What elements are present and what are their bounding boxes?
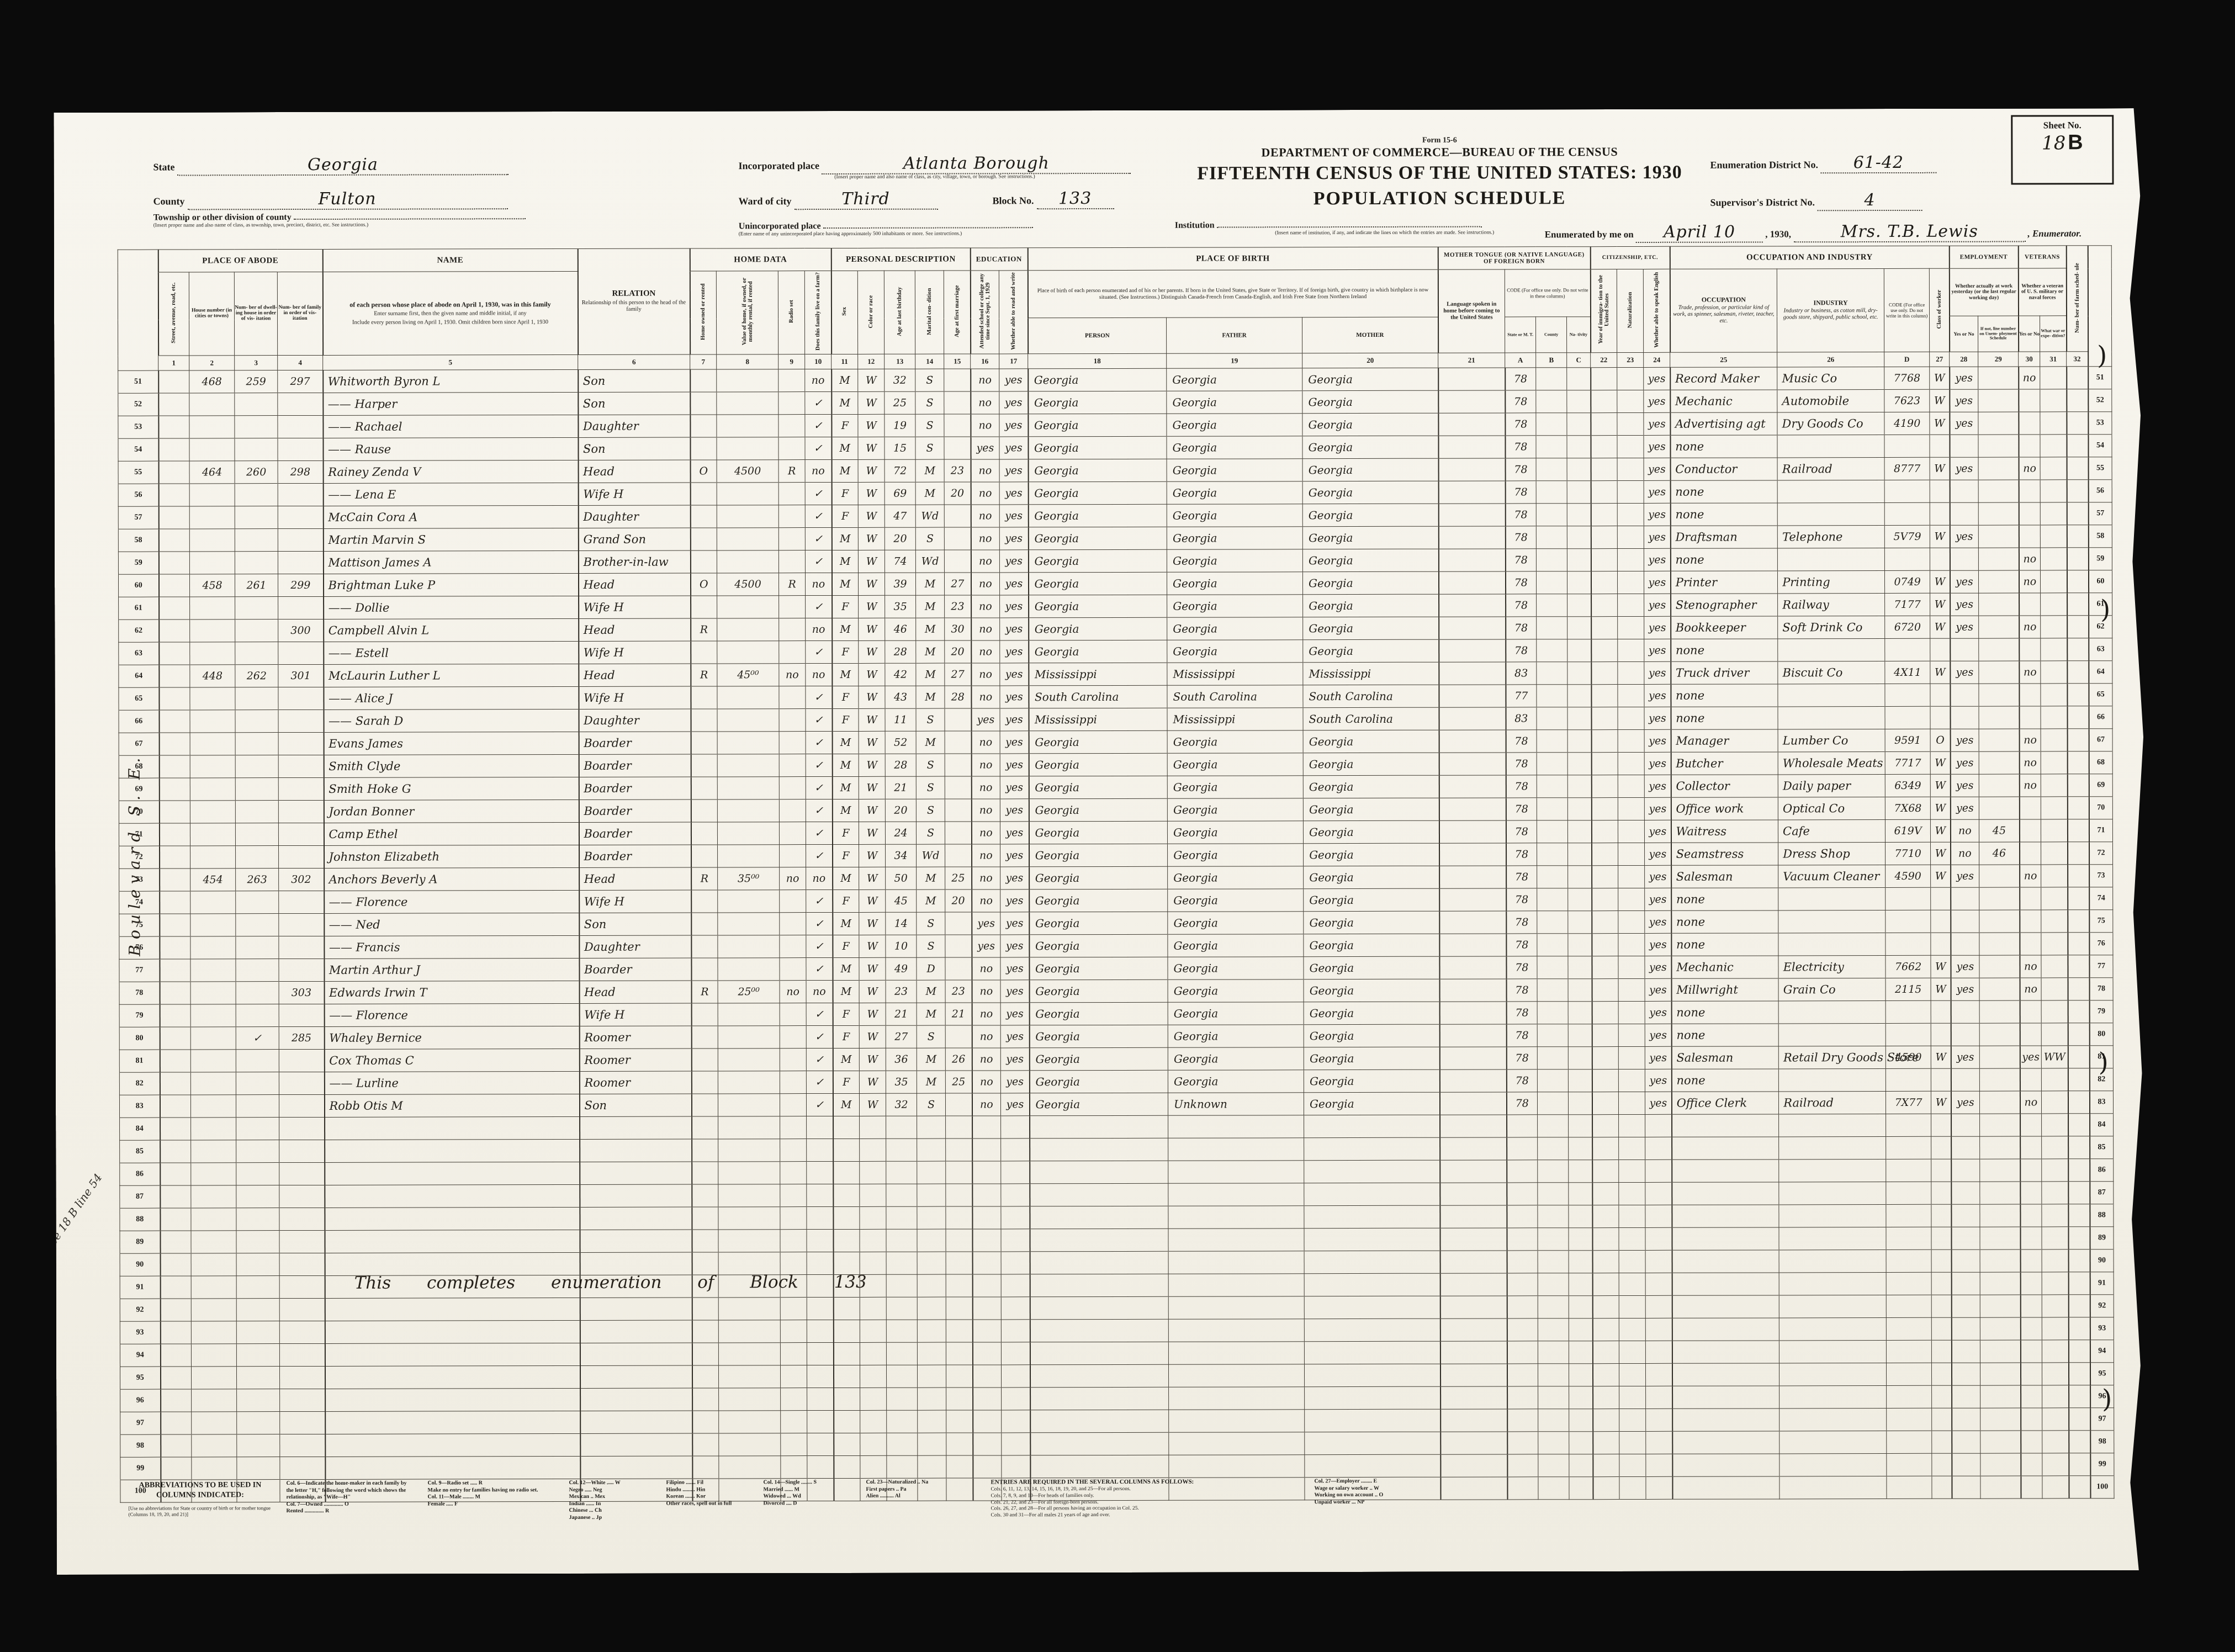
cell-house	[191, 1344, 236, 1367]
cell-name: Evans James	[324, 732, 579, 755]
cell-value	[718, 913, 780, 935]
cell-year_imm	[1592, 1115, 1619, 1137]
col-house-number: House number (in cities or towns)	[189, 272, 234, 356]
cell-family	[278, 438, 323, 460]
column-number-D: D	[1884, 352, 1930, 367]
cell-sex: F	[833, 935, 859, 957]
cell-name: —— Francis	[324, 935, 579, 959]
cell-english	[1646, 1341, 1672, 1363]
cell-birth_mother	[1304, 1341, 1440, 1364]
cell-occupation: Millwright	[1671, 978, 1778, 1001]
cell-war	[2040, 367, 2067, 389]
cell-home: R	[691, 867, 718, 890]
cell-war	[2042, 1385, 2069, 1408]
cell-house	[190, 619, 235, 642]
cell-birth_mother	[1305, 1454, 1440, 1478]
cell-sex: M	[833, 957, 859, 980]
cell-occupation: Mechanic	[1671, 956, 1778, 978]
cell-unemp_line	[1980, 1431, 2021, 1453]
cell-naturalization	[1618, 843, 1645, 865]
cell-family	[279, 1049, 324, 1072]
cell-worked	[1950, 706, 1979, 729]
dwelling-number-label: Num- ber of dwell- ing house in order of…	[235, 305, 277, 322]
cell-english	[1645, 1250, 1672, 1273]
cell-house	[190, 1027, 236, 1050]
cell-birth_mother	[1305, 1386, 1440, 1410]
cell-radio	[780, 1071, 806, 1094]
cell-age_marr	[944, 414, 971, 437]
cell-sex: F	[832, 686, 859, 708]
cell-veteran	[2020, 887, 2041, 910]
cell-language	[1438, 413, 1505, 436]
cell-name: Cox Thomas C	[324, 1049, 579, 1072]
cell-code_b	[1537, 843, 1568, 866]
cell-worker_class: W	[1930, 367, 1950, 389]
cell-birth_person: Georgia	[1028, 436, 1167, 459]
cell-birth_father	[1168, 1319, 1304, 1342]
veterans-desc: Whether a veteran of U. S. military or n…	[2018, 268, 2066, 316]
cell-farm: ✓	[806, 709, 832, 732]
cell-unemp_line	[1980, 1114, 2020, 1136]
column-number-14: 14	[915, 354, 944, 369]
column-number-3: 3	[235, 356, 278, 370]
cell-relation: Daughter	[579, 935, 691, 958]
cell-radio	[780, 1116, 807, 1139]
cell-war	[2041, 661, 2067, 684]
cell-industry	[1779, 1137, 1886, 1159]
cell-farm: ✓	[806, 754, 832, 777]
cell-war	[2040, 502, 2067, 525]
cell-code_c	[1567, 481, 1591, 504]
cell-school	[972, 1252, 1001, 1274]
cell-code_c	[1567, 820, 1591, 843]
cell-language	[1439, 979, 1506, 1002]
cell-english: yes	[1645, 1069, 1671, 1092]
cell-veteran: no	[2019, 751, 2041, 774]
census-table: PLACE OF ABODE NAME RELATION Relationshi…	[118, 245, 2115, 1503]
line-number-right: 75	[2089, 910, 2113, 933]
cell-birth_mother: Georgia	[1304, 979, 1439, 1002]
cell-school	[972, 1161, 1001, 1184]
column-number-16: 16	[971, 354, 999, 369]
cell-war	[2041, 978, 2068, 1000]
cell-worked: yes	[1951, 1091, 1980, 1114]
cell-family	[278, 755, 324, 777]
cell-worked	[1951, 1272, 1980, 1295]
cell-farm_sched	[2068, 978, 2089, 1000]
cell-worker_class	[1932, 1408, 1952, 1431]
cell-code_a: 78	[1505, 436, 1536, 458]
cell-unemp_line	[1978, 435, 2019, 457]
cell-farm_sched	[2069, 1340, 2090, 1363]
cell-marital: S	[916, 754, 945, 776]
cell-age_marr	[946, 1274, 972, 1297]
cell-relation	[580, 1388, 692, 1411]
cell-farm_sched	[2068, 1068, 2090, 1091]
cell-age_marr	[945, 754, 971, 776]
enum-district-field: Enumeration District No. 61-42	[1710, 153, 1936, 174]
cell-birth_father: Georgia	[1168, 979, 1304, 1003]
cell-unemp_line	[1979, 661, 2019, 684]
cell-year_imm	[1592, 956, 1618, 979]
cell-unemp_line	[1979, 1046, 2020, 1068]
cell-code_a: 78	[1506, 753, 1537, 775]
cell-english	[1645, 1159, 1672, 1182]
cell-read_write	[1001, 1274, 1030, 1297]
line-number-right: 84	[2090, 1114, 2114, 1136]
cell-house	[190, 642, 235, 665]
cell-name: —— Rause	[323, 437, 578, 460]
cell-read_write	[1002, 1388, 1030, 1410]
cell-year_imm	[1591, 368, 1617, 390]
cell-industry	[1778, 1001, 1886, 1024]
cell-year_imm	[1592, 1137, 1619, 1160]
cell-age: 20	[885, 527, 915, 550]
col-marital: Marital con- dition	[915, 271, 944, 354]
col-street: Street, avenue, road, etc.	[158, 272, 189, 356]
line-number-right: 71	[2089, 819, 2113, 842]
cell-english: yes	[1645, 978, 1671, 1001]
cell-industry: Grain Co	[1778, 978, 1886, 1001]
cell-code_d	[1885, 684, 1930, 706]
cell-family	[279, 845, 324, 868]
cell-read_write: yes	[1000, 640, 1029, 663]
cell-street	[160, 1118, 191, 1140]
cell-veteran	[2019, 435, 2040, 457]
cell-code_a: 78	[1506, 843, 1537, 866]
line-number-right: 78	[2089, 978, 2113, 1000]
cell-veteran	[2019, 525, 2040, 548]
cell-birth_mother	[1304, 1160, 1440, 1183]
cell-street	[160, 1004, 190, 1027]
cell-read_write: yes	[1000, 980, 1029, 1003]
cell-language	[1439, 888, 1506, 911]
cell-year_imm	[1591, 390, 1617, 413]
cell-war	[2042, 1431, 2069, 1453]
cell-industry: Dry Goods Co	[1777, 412, 1884, 435]
cell-birth_father	[1169, 1364, 1305, 1388]
cell-code_c	[1567, 730, 1591, 753]
cell-worker_class	[1930, 480, 1950, 502]
cell-school: no	[971, 640, 1000, 663]
cell-farm_sched	[2069, 1385, 2090, 1408]
cell-radio	[780, 1298, 807, 1320]
cell-unemp_line	[1980, 1272, 2020, 1295]
cell-value	[717, 641, 779, 664]
cell-code_d: 6349	[1885, 774, 1930, 797]
cell-industry	[1779, 1227, 1886, 1250]
cell-relation: Son	[578, 392, 690, 415]
cell-code_c	[1567, 368, 1591, 390]
cell-worked	[1950, 638, 1979, 661]
cell-marital: M	[917, 889, 945, 912]
ward-value: Third	[794, 189, 938, 210]
cell-color: W	[859, 1003, 886, 1025]
cell-radio	[781, 1456, 807, 1479]
line-number-right: 64	[2089, 661, 2112, 684]
cell-veteran: no	[2019, 457, 2040, 480]
cell-radio	[779, 686, 806, 709]
cell-house	[191, 1118, 236, 1140]
department-title: DEPARTMENT OF COMMERCE—BUREAU OF THE CEN…	[1174, 145, 1704, 160]
unincorporated-label: Unincorporated place	[739, 221, 821, 231]
cell-occupation	[1672, 1159, 1779, 1182]
cell-language	[1439, 1069, 1506, 1092]
cell-war	[2040, 525, 2067, 548]
cell-sex: M	[831, 527, 858, 550]
cell-school	[972, 1206, 1001, 1229]
line-number-left: 85	[120, 1140, 160, 1163]
cell-sex: F	[832, 822, 859, 844]
cell-house	[192, 1389, 237, 1412]
cell-street	[160, 914, 190, 936]
cell-dwelling	[236, 1231, 279, 1253]
cell-code_d	[1886, 1114, 1931, 1136]
county-field: County Fulton	[153, 189, 508, 210]
cell-relation: Wife H	[579, 641, 691, 664]
cell-farm_sched	[2068, 1046, 2089, 1068]
cell-farm	[807, 1411, 834, 1433]
cell-value	[717, 483, 778, 505]
col-age: Age at last birthday	[884, 271, 915, 354]
cell-marital: Wd	[915, 505, 944, 527]
cell-english: yes	[1645, 1024, 1671, 1046]
cell-value	[718, 1184, 780, 1207]
institution-note: (Insert name of institution, if any, and…	[1175, 230, 1595, 236]
cell-code_a: 78	[1506, 571, 1537, 594]
line-number-left: 97	[120, 1412, 161, 1434]
cell-home	[690, 483, 717, 505]
cell-veteran	[2019, 502, 2040, 525]
cell-english: yes	[1644, 729, 1671, 752]
cell-age	[886, 1342, 917, 1365]
column-number-27: 27	[1930, 352, 1950, 367]
enumerated-date: April 10	[1636, 222, 1763, 242]
column-number-11: 11	[831, 354, 858, 369]
cell-worked: yes	[1950, 367, 1978, 389]
line-number-right: 59	[2089, 548, 2112, 570]
cell-name: McLaurin Luther L	[324, 664, 579, 687]
cell-school: no	[971, 822, 1000, 844]
cell-radio	[779, 709, 806, 732]
cell-age_marr	[945, 731, 971, 754]
cell-radio	[780, 1094, 806, 1116]
cell-year_imm	[1592, 1205, 1619, 1228]
cell-home	[691, 822, 717, 845]
cell-code_d	[1886, 1272, 1931, 1295]
cell-code_d	[1885, 706, 1930, 729]
cell-code_d	[1886, 910, 1931, 933]
cell-code_d	[1886, 933, 1931, 955]
cell-read_write: yes	[1000, 573, 1029, 595]
cell-birth_father: Georgia	[1168, 912, 1304, 935]
cell-value	[718, 1139, 780, 1162]
line-number-right: 56	[2088, 480, 2112, 502]
cell-code_d	[1886, 1227, 1931, 1249]
cell-industry: Wholesale Meats	[1778, 752, 1885, 775]
cell-dwelling	[236, 1208, 279, 1231]
cell-name: —— Rachael	[323, 415, 578, 438]
cell-code_d: 7623	[1884, 389, 1930, 412]
cell-home	[692, 1298, 718, 1320]
cell-street	[160, 1321, 191, 1344]
line-number-left: 83	[119, 1095, 160, 1118]
cell-naturalization	[1619, 1114, 1645, 1137]
cell-war	[2041, 616, 2067, 638]
scan-bracket-mark: )	[2097, 340, 2107, 370]
cell-worker_class: W	[1930, 751, 1950, 774]
cell-school	[973, 1410, 1002, 1433]
cell-value	[717, 415, 778, 437]
cell-occupation: Mechanic	[1670, 390, 1777, 412]
cell-naturalization	[1617, 412, 1644, 435]
cell-value	[717, 369, 778, 392]
cell-color: W	[858, 527, 885, 550]
cell-school	[972, 1297, 1001, 1320]
column-number-A: A	[1505, 353, 1536, 368]
cell-code_d	[1886, 1317, 1931, 1340]
cell-code_b	[1538, 1205, 1569, 1228]
cell-birth_mother: Georgia	[1303, 617, 1439, 640]
cell-naturalization	[1617, 526, 1644, 548]
cell-naturalization	[1618, 888, 1645, 910]
cell-language	[1440, 1160, 1507, 1183]
cell-naturalization	[1619, 1273, 1645, 1295]
cell-home	[691, 732, 717, 754]
cell-marital: S	[915, 437, 944, 459]
cell-code_b	[1538, 1228, 1569, 1251]
cell-age_marr	[946, 1229, 972, 1252]
cell-relation: Boarder	[579, 777, 691, 799]
cell-code_d: 7710	[1886, 842, 1931, 865]
cell-birth_mother	[1304, 1205, 1440, 1229]
cell-relation: Boarder	[579, 822, 691, 845]
cell-age	[886, 1320, 917, 1342]
cell-house: 454	[190, 869, 236, 891]
cell-code_b	[1537, 798, 1567, 820]
cell-worked	[1951, 1023, 1979, 1046]
cell-code_a: 78	[1505, 458, 1536, 481]
cell-naturalization	[1618, 1001, 1645, 1024]
cell-code_c	[1568, 1069, 1592, 1092]
cell-code_d	[1884, 480, 1930, 502]
line-number-left: 84	[120, 1118, 160, 1140]
cell-birth_father: Georgia	[1168, 866, 1304, 889]
column-number-26: 26	[1777, 352, 1884, 367]
cell-farm_sched	[2067, 480, 2088, 502]
cell-unemp_line	[1980, 1408, 2021, 1431]
cell-home: R	[691, 981, 718, 1003]
cell-house	[190, 687, 235, 710]
cell-birth_father: Georgia	[1167, 504, 1302, 527]
cell-birth_father: Georgia	[1167, 821, 1303, 844]
cell-birth_mother	[1304, 1228, 1440, 1251]
cell-radio	[779, 754, 806, 777]
cell-birth_father: Georgia	[1167, 617, 1303, 640]
line-number-right: 85	[2090, 1136, 2114, 1159]
line-number-right: 87	[2090, 1182, 2114, 1204]
cell-house	[192, 1434, 237, 1457]
cell-unemp_line	[1979, 548, 2019, 570]
cell-code_a: 78	[1506, 1024, 1537, 1047]
cell-code_a	[1507, 1341, 1538, 1364]
cell-war	[2042, 1249, 2068, 1272]
cell-industry	[1779, 1250, 1886, 1273]
cell-dwelling: 261	[235, 574, 278, 597]
cell-name	[325, 1139, 580, 1162]
cell-street	[158, 529, 189, 552]
cell-family	[278, 506, 323, 528]
cell-dwelling	[236, 1299, 279, 1321]
cell-family	[279, 1343, 325, 1366]
cell-code_c	[1567, 436, 1591, 458]
cell-veteran	[2020, 1272, 2042, 1295]
house-number-label: House number (in cities or towns)	[189, 308, 234, 319]
cell-age: 42	[885, 663, 916, 686]
entries-required-block: ENTRIES ARE REQUIRED IN THE SEVERAL COLU…	[991, 1478, 1300, 1520]
cell-birth_mother: Georgia	[1303, 753, 1439, 776]
cell-home	[692, 1116, 718, 1139]
cell-english: yes	[1644, 752, 1671, 775]
cell-house	[191, 1367, 236, 1389]
cell-age_marr	[944, 437, 971, 459]
cell-language	[1439, 639, 1506, 662]
cell-marital	[917, 1297, 946, 1320]
col-naturalization: Naturalization	[1617, 269, 1643, 352]
cell-worked: yes	[1951, 1046, 1979, 1068]
cell-occupation	[1672, 1386, 1779, 1409]
line-number-right: 83	[2090, 1091, 2114, 1114]
cell-code_b	[1537, 753, 1567, 775]
cell-home	[690, 505, 717, 528]
line-number-right: 65	[2089, 684, 2112, 706]
cell-read_write	[1001, 1116, 1030, 1139]
col-farm: Does this family live on a farm?	[804, 271, 831, 354]
cell-color	[860, 1252, 886, 1274]
abbr-block-col12b: Filipino ....... Fil Hindu ......... Hin…	[666, 1479, 749, 1521]
cell-color: W	[859, 776, 885, 799]
cell-family	[279, 1298, 325, 1321]
cell-home	[692, 1456, 719, 1479]
cell-code_b	[1536, 549, 1567, 571]
cell-farm	[807, 1433, 834, 1456]
cell-farm	[807, 1298, 833, 1320]
column-number-9: 9	[778, 354, 805, 369]
cell-name: Martin Marvin S	[323, 528, 578, 551]
cell-relation: Boarder	[579, 754, 691, 777]
cell-value	[718, 1343, 780, 1365]
cell-code_b	[1538, 1454, 1569, 1477]
cell-relation: Grand Son	[578, 528, 690, 550]
cell-age_marr	[946, 1433, 973, 1455]
cell-value	[719, 1411, 781, 1433]
cell-farm: ✓	[806, 845, 833, 867]
cell-english	[1646, 1409, 1672, 1431]
cell-radio	[778, 550, 805, 573]
group-place-of-abode: PLACE OF ABODE	[158, 249, 322, 272]
cell-veteran	[2020, 1182, 2042, 1204]
cell-birth_person	[1030, 1319, 1168, 1342]
cell-street	[160, 1072, 190, 1095]
cell-marital: M	[916, 731, 945, 754]
cell-industry	[1779, 1409, 1887, 1431]
cell-birth_father	[1168, 1251, 1304, 1274]
cell-code_b	[1537, 956, 1568, 979]
cell-school: no	[971, 618, 1000, 640]
cell-code_c	[1567, 617, 1591, 639]
cell-color: W	[859, 618, 885, 640]
line-number-right: 53	[2088, 412, 2112, 435]
